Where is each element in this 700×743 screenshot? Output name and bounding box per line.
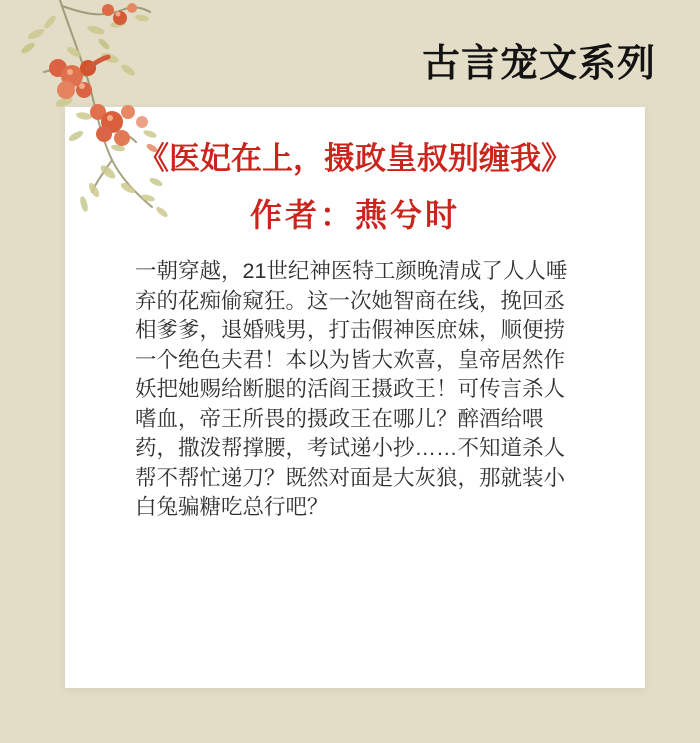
book-synopsis: 一朝穿越，21世纪神医特工颜晚清成了人人唾弃的花痴偷窥狂。这一次她智商在线，挽回… [135,257,571,523]
book-author: 作者：燕兮时 [65,194,645,236]
book-title: 《医妃在上，摄政皇叔别缠我》 [65,138,645,180]
series-header-title: 古言宠文系列 [422,32,656,87]
book-card: 《医妃在上，摄政皇叔别缠我》 作者：燕兮时 一朝穿越，21世纪神医特工颜晚清成了… [65,107,645,688]
